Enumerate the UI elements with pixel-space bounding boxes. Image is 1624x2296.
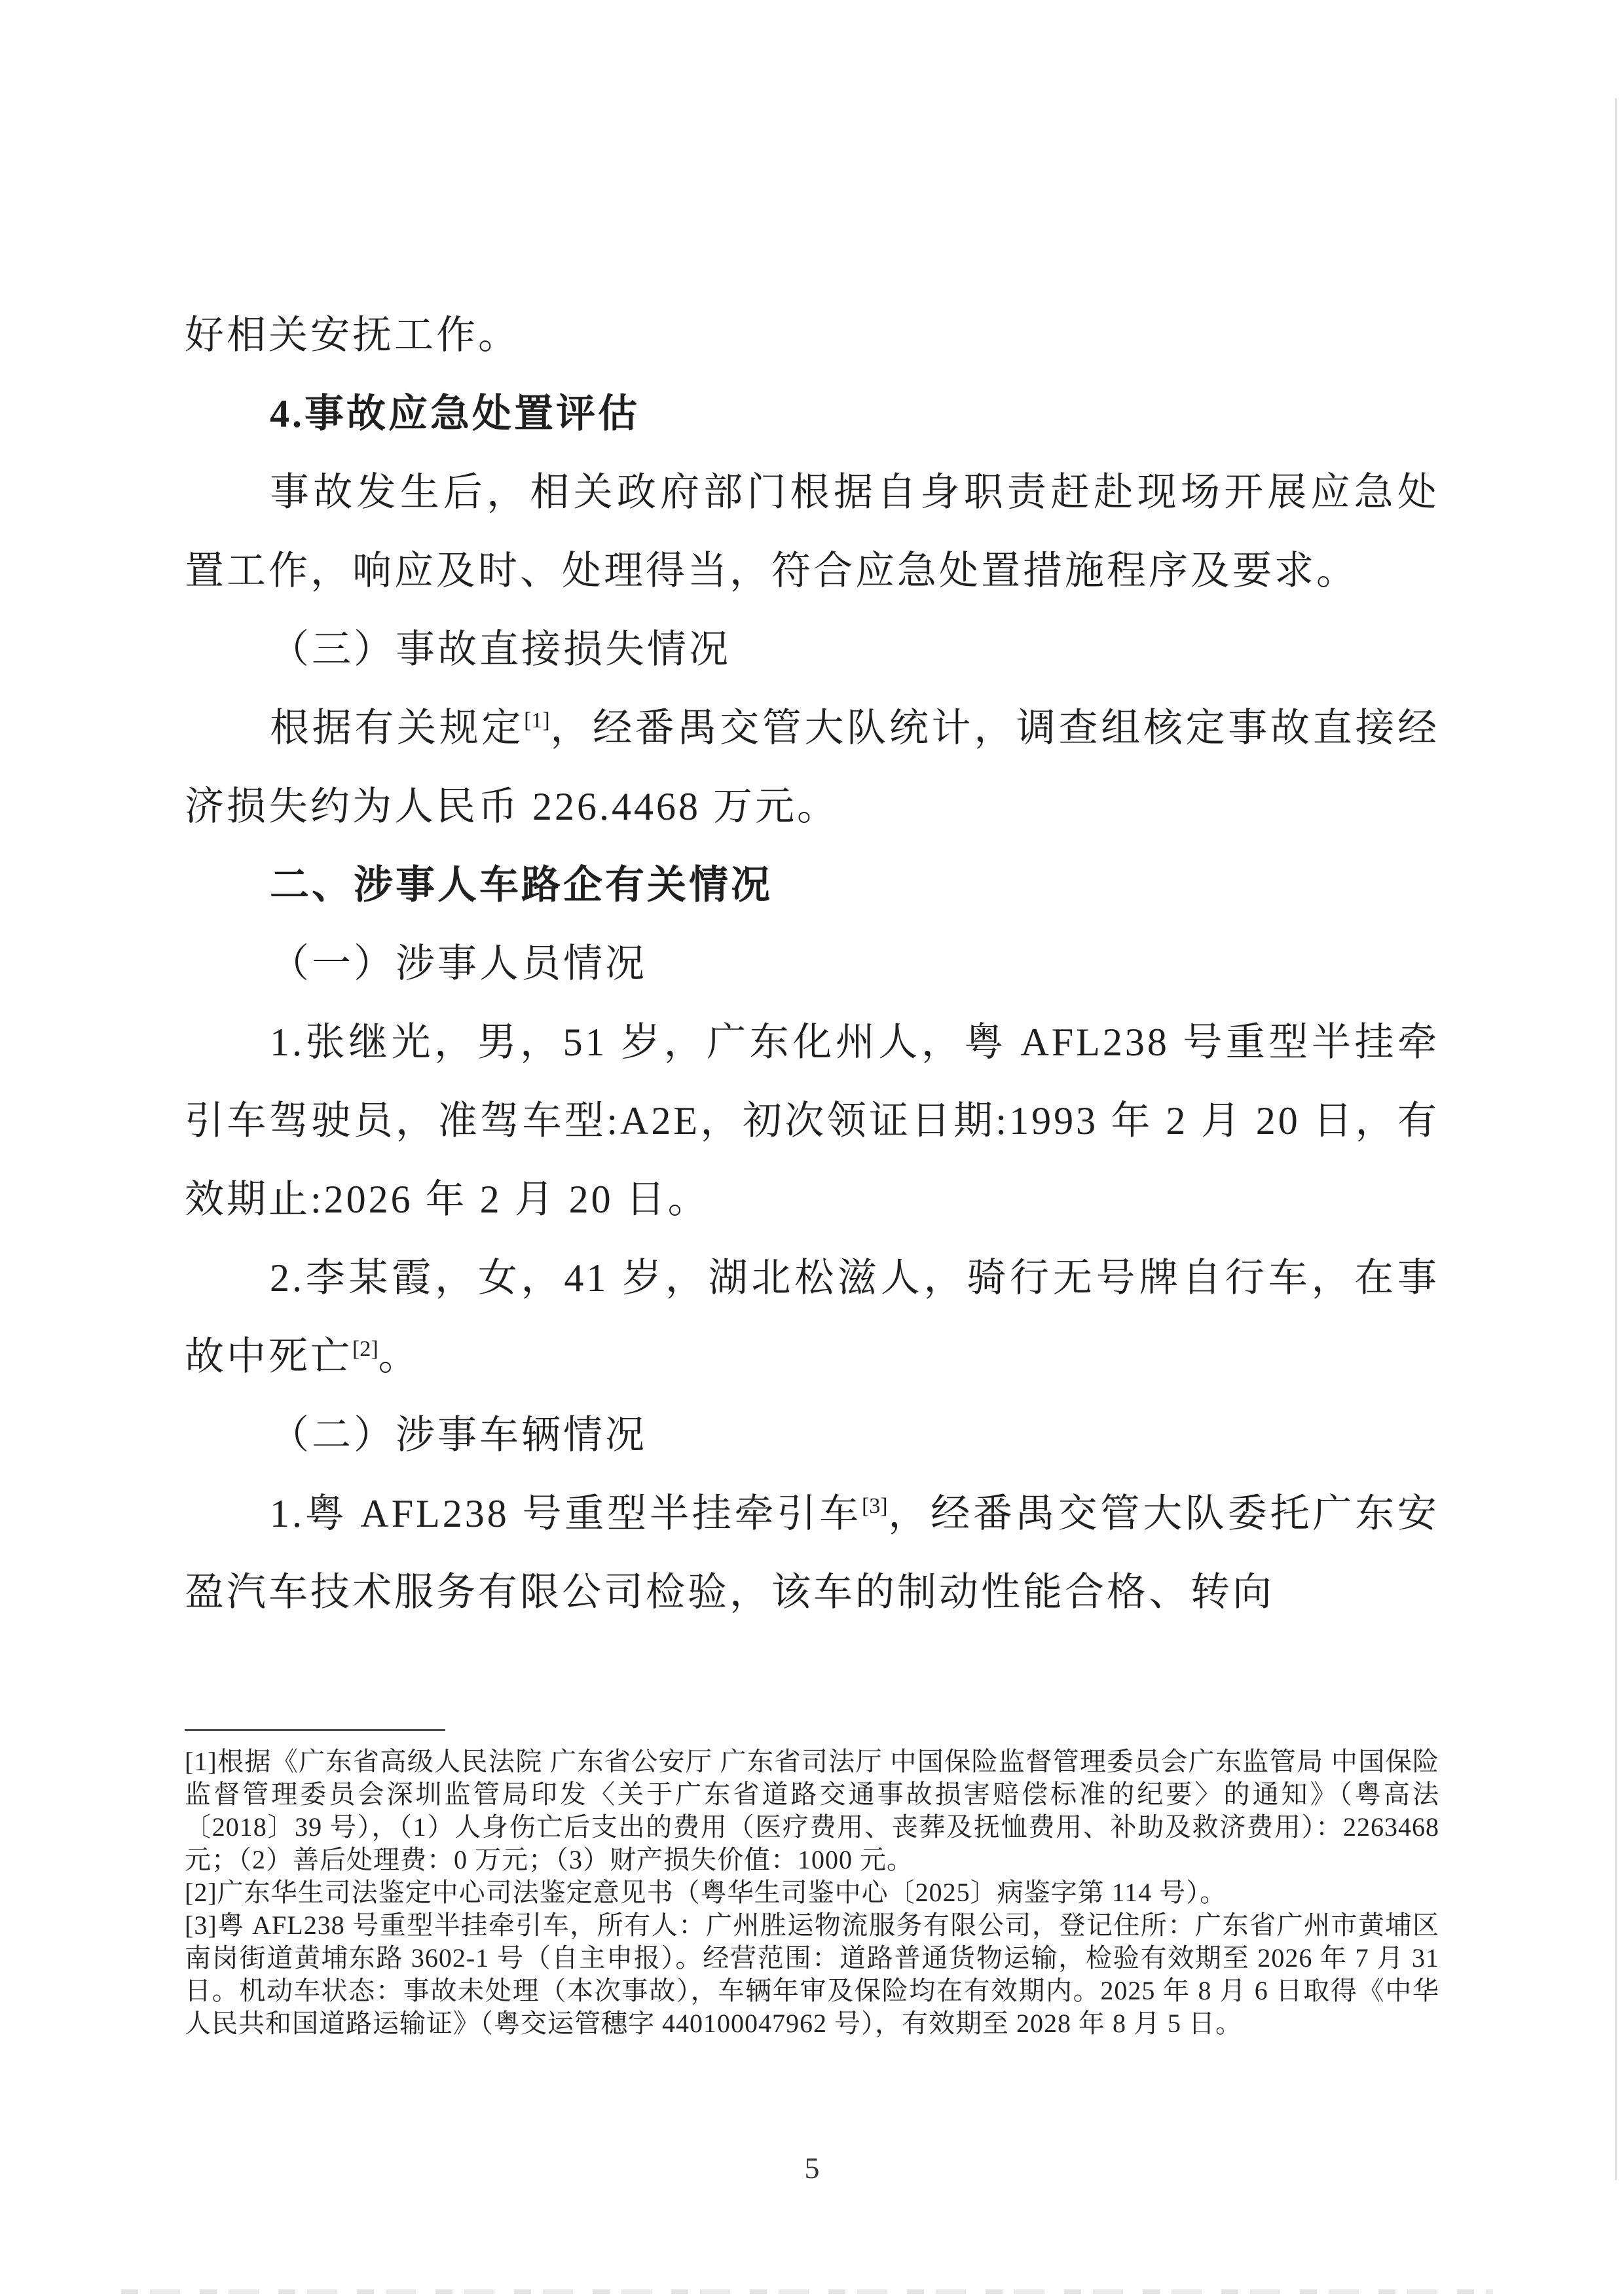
paragraph-vehicle-1-tractor: 1.粤 AFL238 号重型半挂牵引车[3]，经番禺交管大队委托广东安盈汽车技术… bbox=[185, 1474, 1439, 1631]
text-segment: 。 bbox=[378, 1335, 420, 1378]
footnote-3: [3]粤 AFL238 号重型半挂牵引车，所有人：广州胜运物流服务有限公司，登记… bbox=[185, 1909, 1439, 2040]
paragraph-person-1-driver: 1.张继光，男，51 岁，广东化州人，粤 AFL238 号重型半挂牵引车驾驶员，… bbox=[185, 1003, 1439, 1239]
footnote-separator-rule bbox=[185, 1729, 445, 1731]
document-body: 好相关安抚工作。 4.事故应急处置评估 事故发生后，相关政府部门根据自身职责赶赴… bbox=[185, 296, 1439, 1631]
scan-artifact-bottom-bleed bbox=[121, 2289, 1493, 2294]
text-segment: 根据有关规定 bbox=[270, 706, 524, 750]
footnote-1: [1]根据《广东省高级人民法院 广东省公安厅 广东省司法厅 中国保险监督管理委员… bbox=[185, 1745, 1439, 1876]
paragraph-direct-loss: 根据有关规定[1]，经番禺交管大队统计，调查组核定事故直接经济损失约为人民币 2… bbox=[185, 689, 1439, 846]
footnote-2: [2]广东华生司法鉴定中心司法鉴定意见书（粤华生司鉴中心〔2025〕病鉴字第 1… bbox=[185, 1876, 1439, 1909]
paragraph-person-2-cyclist: 2.李某霞，女，41 岁，湖北松滋人，骑行无号牌自行车，在事故中死亡[2]。 bbox=[185, 1239, 1439, 1396]
footnote-ref-3: [3] bbox=[862, 1494, 888, 1518]
heading-section-2-involved-parties: 二、涉事人车路企有关情况 bbox=[185, 846, 1439, 924]
footnote-ref-2: [2] bbox=[352, 1337, 378, 1361]
heading-direct-loss: （三）事故直接损失情况 bbox=[185, 610, 1439, 689]
document-page: 好相关安抚工作。 4.事故应急处置评估 事故发生后，相关政府部门根据自身职责赶赴… bbox=[0, 0, 1624, 2296]
heading-emergency-response-evaluation: 4.事故应急处置评估 bbox=[185, 374, 1439, 453]
page-number: 5 bbox=[0, 2151, 1624, 2185]
footnote-ref-1: [1] bbox=[524, 708, 550, 733]
paragraph-continuation: 好相关安抚工作。 bbox=[185, 296, 1439, 374]
heading-involved-vehicles: （二）涉事车辆情况 bbox=[185, 1396, 1439, 1474]
footnotes-block: [1]根据《广东省高级人民法院 广东省公安厅 广东省司法厅 中国保险监督管理委员… bbox=[185, 1745, 1439, 2040]
paragraph-emergency-response: 事故发生后，相关政府部门根据自身职责赶赴现场开展应急处置工作，响应及时、处理得当… bbox=[185, 453, 1439, 610]
text-segment: 1.粤 AFL238 号重型半挂牵引车 bbox=[270, 1492, 862, 1535]
heading-involved-persons: （一）涉事人员情况 bbox=[185, 924, 1439, 1003]
scan-artifact-right-edge bbox=[1615, 98, 1617, 2180]
